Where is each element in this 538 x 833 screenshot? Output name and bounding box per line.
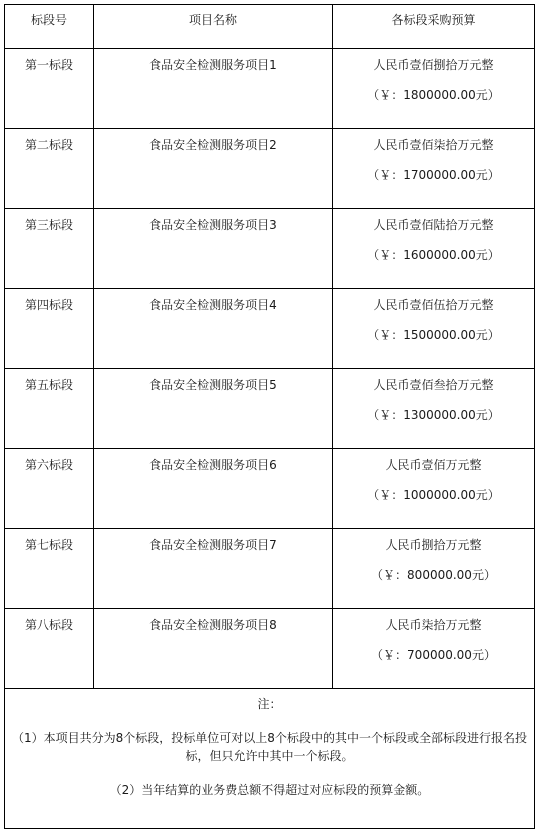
table-row: 第六标段 食品安全检测服务项目6 人民币壹佰万元整（￥：1000000.00元） xyxy=(5,449,535,529)
amount-number: （￥：1500000.00元） xyxy=(333,313,534,343)
project-name: 食品安全检测服务项目5 xyxy=(94,369,332,393)
amount-words: 人民币壹佰柒拾万元整 xyxy=(333,129,534,153)
section-cell: 第七标段 xyxy=(5,529,94,609)
project-cell: 食品安全检测服务项目7 xyxy=(94,529,333,609)
amount-words: 人民币壹佰伍拾万元整 xyxy=(333,289,534,313)
table-row: 第二标段 食品安全检测服务项目2 人民币壹佰柒拾万元整（￥：1700000.00… xyxy=(5,129,535,209)
amount-number: （￥：1000000.00元） xyxy=(333,473,534,503)
amount-words: 人民币柒拾万元整 xyxy=(333,609,534,633)
amount-number: （￥：700000.00元） xyxy=(333,633,534,663)
budget-cell: 人民币捌拾万元整（￥：800000.00元） xyxy=(333,529,535,609)
project-cell: 食品安全检测服务项目2 xyxy=(94,129,333,209)
budget-cell: 人民币柒拾万元整（￥：700000.00元） xyxy=(333,609,535,689)
project-name: 食品安全检测服务项目7 xyxy=(94,529,332,553)
amount-words: 人民币壹佰陆拾万元整 xyxy=(333,209,534,233)
project-name: 食品安全检测服务项目4 xyxy=(94,289,332,313)
notes-row: 注： （1）本项目共分为8个标段，投标单位可对以上8个标段中的其中一个标段或全部… xyxy=(5,689,535,829)
section-label: 第四标段 xyxy=(5,289,93,313)
section-cell: 第五标段 xyxy=(5,369,94,449)
amount-number: （￥：1600000.00元） xyxy=(333,233,534,263)
project-cell: 食品安全检测服务项目8 xyxy=(94,609,333,689)
section-label: 第八标段 xyxy=(5,609,93,633)
amount-words: 人民币壹佰万元整 xyxy=(333,449,534,473)
project-name: 食品安全检测服务项目2 xyxy=(94,129,332,153)
project-cell: 食品安全检测服务项目3 xyxy=(94,209,333,289)
amount-words: 人民币壹佰叁拾万元整 xyxy=(333,369,534,393)
table-row: 第一标段 食品安全检测服务项目1 人民币壹佰捌拾万元整（￥：1800000.00… xyxy=(5,49,535,129)
section-label: 第六标段 xyxy=(5,449,93,473)
project-cell: 食品安全检测服务项目1 xyxy=(94,49,333,129)
project-cell: 食品安全检测服务项目5 xyxy=(94,369,333,449)
budget-cell: 人民币壹佰柒拾万元整（￥：1700000.00元） xyxy=(333,129,535,209)
project-name: 食品安全检测服务项目8 xyxy=(94,609,332,633)
amount-number: （￥：1700000.00元） xyxy=(333,153,534,183)
header-project-name: 项目名称 xyxy=(94,5,333,49)
section-cell: 第四标段 xyxy=(5,289,94,369)
amount-number: （￥：800000.00元） xyxy=(333,553,534,583)
budget-cell: 人民币壹佰叁拾万元整（￥：1300000.00元） xyxy=(333,369,535,449)
budget-cell: 人民币壹佰捌拾万元整（￥：1800000.00元） xyxy=(333,49,535,129)
budget-cell: 人民币壹佰陆拾万元整（￥：1600000.00元） xyxy=(333,209,535,289)
table-row: 第八标段 食品安全检测服务项目8 人民币柒拾万元整（￥：700000.00元） xyxy=(5,609,535,689)
project-cell: 食品安全检测服务项目6 xyxy=(94,449,333,529)
project-name: 食品安全检测服务项目3 xyxy=(94,209,332,233)
notes-heading: 注： xyxy=(5,689,534,713)
project-name: 食品安全检测服务项目1 xyxy=(94,49,332,73)
section-cell: 第一标段 xyxy=(5,49,94,129)
project-name: 食品安全检测服务项目6 xyxy=(94,449,332,473)
section-label: 第五标段 xyxy=(5,369,93,393)
section-label: 第一标段 xyxy=(5,49,93,73)
table-row: 第四标段 食品安全检测服务项目4 人民币壹佰伍拾万元整（￥：1500000.00… xyxy=(5,289,535,369)
budget-cell: 人民币壹佰万元整（￥：1000000.00元） xyxy=(333,449,535,529)
note-item-2: （2）当年结算的业务费总额不得超过对应标段的预算金额。 xyxy=(5,765,534,799)
amount-words: 人民币捌拾万元整 xyxy=(333,529,534,553)
section-label: 第七标段 xyxy=(5,529,93,553)
amount-words: 人民币壹佰捌拾万元整 xyxy=(333,49,534,73)
section-cell: 第三标段 xyxy=(5,209,94,289)
budget-cell: 人民币壹佰伍拾万元整（￥：1500000.00元） xyxy=(333,289,535,369)
section-cell: 第八标段 xyxy=(5,609,94,689)
header-row: 标段号 项目名称 各标段采购预算 xyxy=(5,5,535,49)
section-label: 第三标段 xyxy=(5,209,93,233)
section-label: 第二标段 xyxy=(5,129,93,153)
table-row: 第三标段 食品安全检测服务项目3 人民币壹佰陆拾万元整（￥：1600000.00… xyxy=(5,209,535,289)
table-row: 第五标段 食品安全检测服务项目5 人民币壹佰叁拾万元整（￥：1300000.00… xyxy=(5,369,535,449)
project-cell: 食品安全检测服务项目4 xyxy=(94,289,333,369)
header-section-number: 标段号 xyxy=(5,5,94,49)
amount-number: （￥：1300000.00元） xyxy=(333,393,534,423)
table-row: 第七标段 食品安全检测服务项目7 人民币捌拾万元整（￥：800000.00元） xyxy=(5,529,535,609)
section-cell: 第二标段 xyxy=(5,129,94,209)
note-item-1: （1）本项目共分为8个标段，投标单位可对以上8个标段中的其中一个标段或全部标段进… xyxy=(5,713,534,765)
notes-cell: 注： （1）本项目共分为8个标段，投标单位可对以上8个标段中的其中一个标段或全部… xyxy=(5,689,535,829)
budget-table: 标段号 项目名称 各标段采购预算 第一标段 食品安全检测服务项目1 人民币壹佰捌… xyxy=(4,4,535,829)
amount-number: （￥：1800000.00元） xyxy=(333,73,534,103)
section-cell: 第六标段 xyxy=(5,449,94,529)
header-section-budget: 各标段采购预算 xyxy=(333,5,535,49)
